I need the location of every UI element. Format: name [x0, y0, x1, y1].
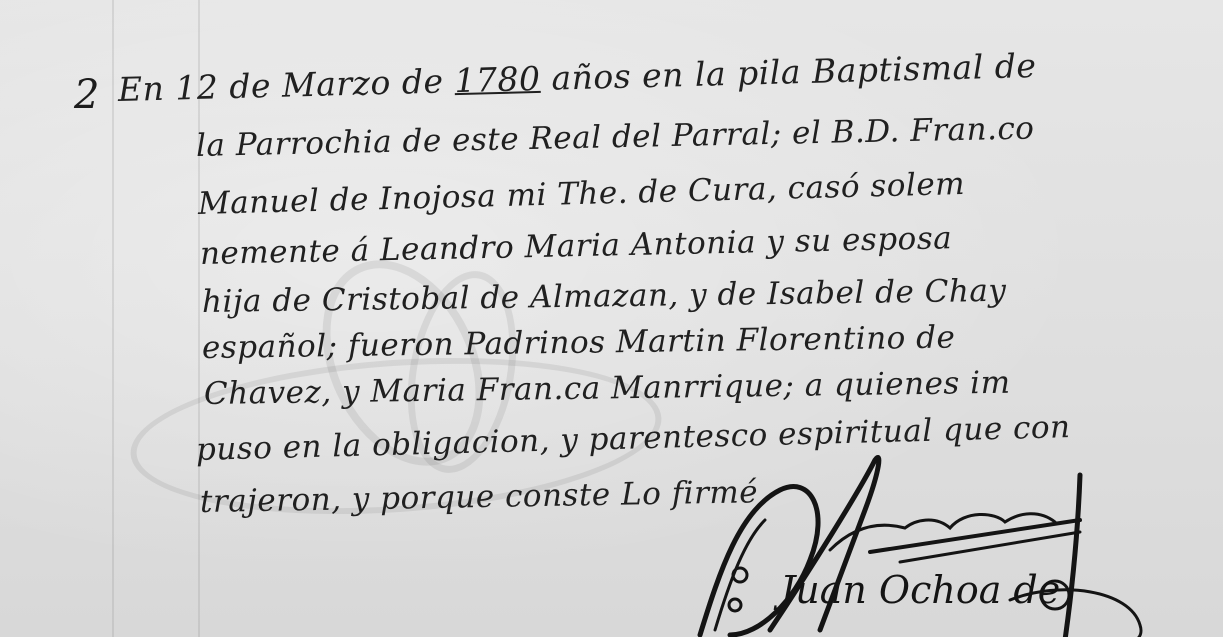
entry-number: 2	[74, 72, 99, 118]
text-line-5: hija de Cristobal de Almazan, y de Isabe…	[202, 273, 1007, 320]
signature-name: Juan Ochoa de	[780, 568, 1060, 612]
text-line-2: la Parrochia de este Real del Parral; el…	[196, 110, 1035, 164]
text-line-6: español; fueron Padrinos Martin Florenti…	[202, 319, 956, 366]
year: 1780	[454, 59, 541, 100]
margin-rule-line	[112, 0, 114, 637]
signature-block: Juan Ochoa de	[660, 450, 1180, 637]
line-1-prefix: En 12 de Marzo de	[117, 61, 454, 109]
text-line-3: Manuel de Inojosa mi The. de Cura, casó …	[198, 166, 966, 222]
register-page: 2 En 12 de Marzo de 1780 años en la pila…	[0, 0, 1223, 637]
text-line-1: En 12 de Marzo de 1780 años en la pila B…	[117, 46, 1036, 109]
text-line-4: nemente á Leandro Maria Antonia y su esp…	[200, 220, 953, 272]
line-1-suffix: años en la pila Baptismal de	[540, 46, 1037, 98]
